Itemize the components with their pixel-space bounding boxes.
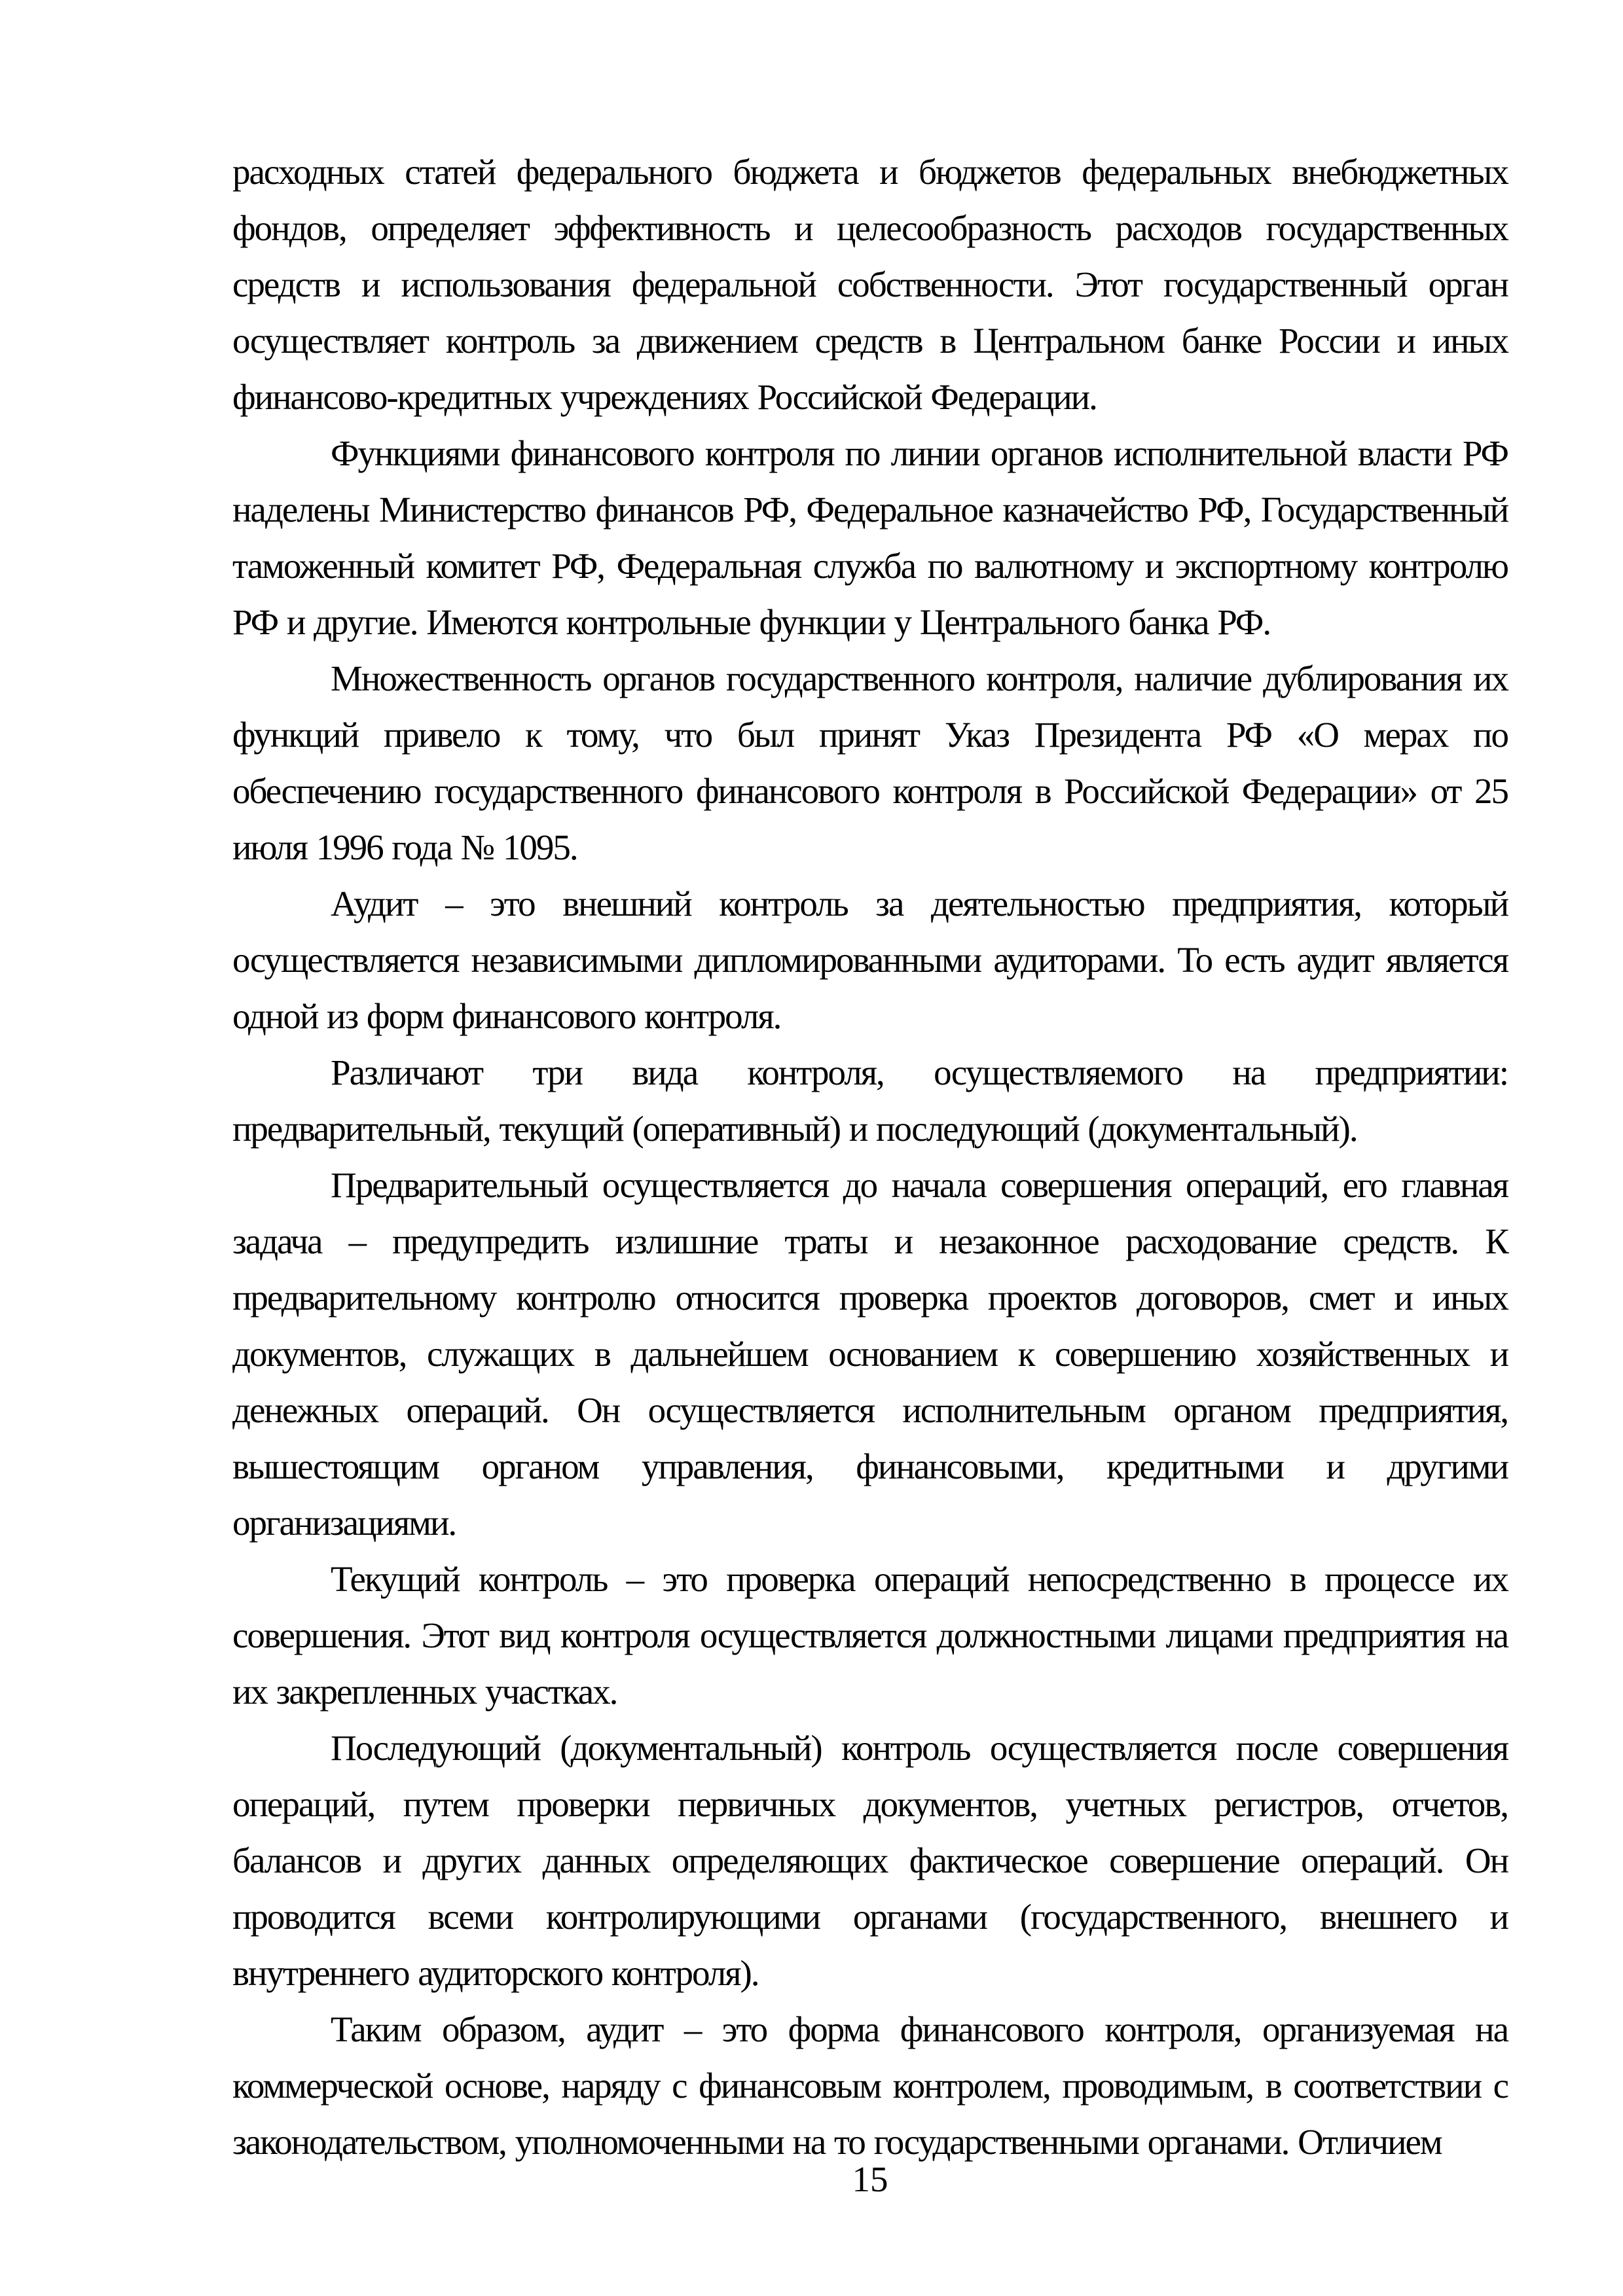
- paragraph-8: Последующий (документальный) контроль ос…: [232, 1720, 1508, 2001]
- paragraph-2: Функциями финансового контроля по линии …: [232, 425, 1508, 651]
- paragraph-9: Таким образом, аудит – это форма финансо…: [232, 2001, 1508, 2170]
- paragraph-7: Текущий контроль – это проверка операций…: [232, 1551, 1508, 1720]
- paragraph-6: Предварительный осуществляется до начала…: [232, 1157, 1508, 1551]
- paragraph-4: Аудит – это внешний контроль за деятельн…: [232, 876, 1508, 1045]
- paragraph-5: Различают три вида контроля, осуществляе…: [232, 1045, 1508, 1157]
- page-number: 15: [232, 2151, 1508, 2208]
- text-block: расходных статей федерального бюджета и …: [232, 144, 1508, 2170]
- document-page: расходных статей федерального бюджета и …: [0, 0, 1623, 2296]
- paragraph-3: Множественность органов государственного…: [232, 651, 1508, 876]
- paragraph-1: расходных статей федерального бюджета и …: [232, 144, 1508, 425]
